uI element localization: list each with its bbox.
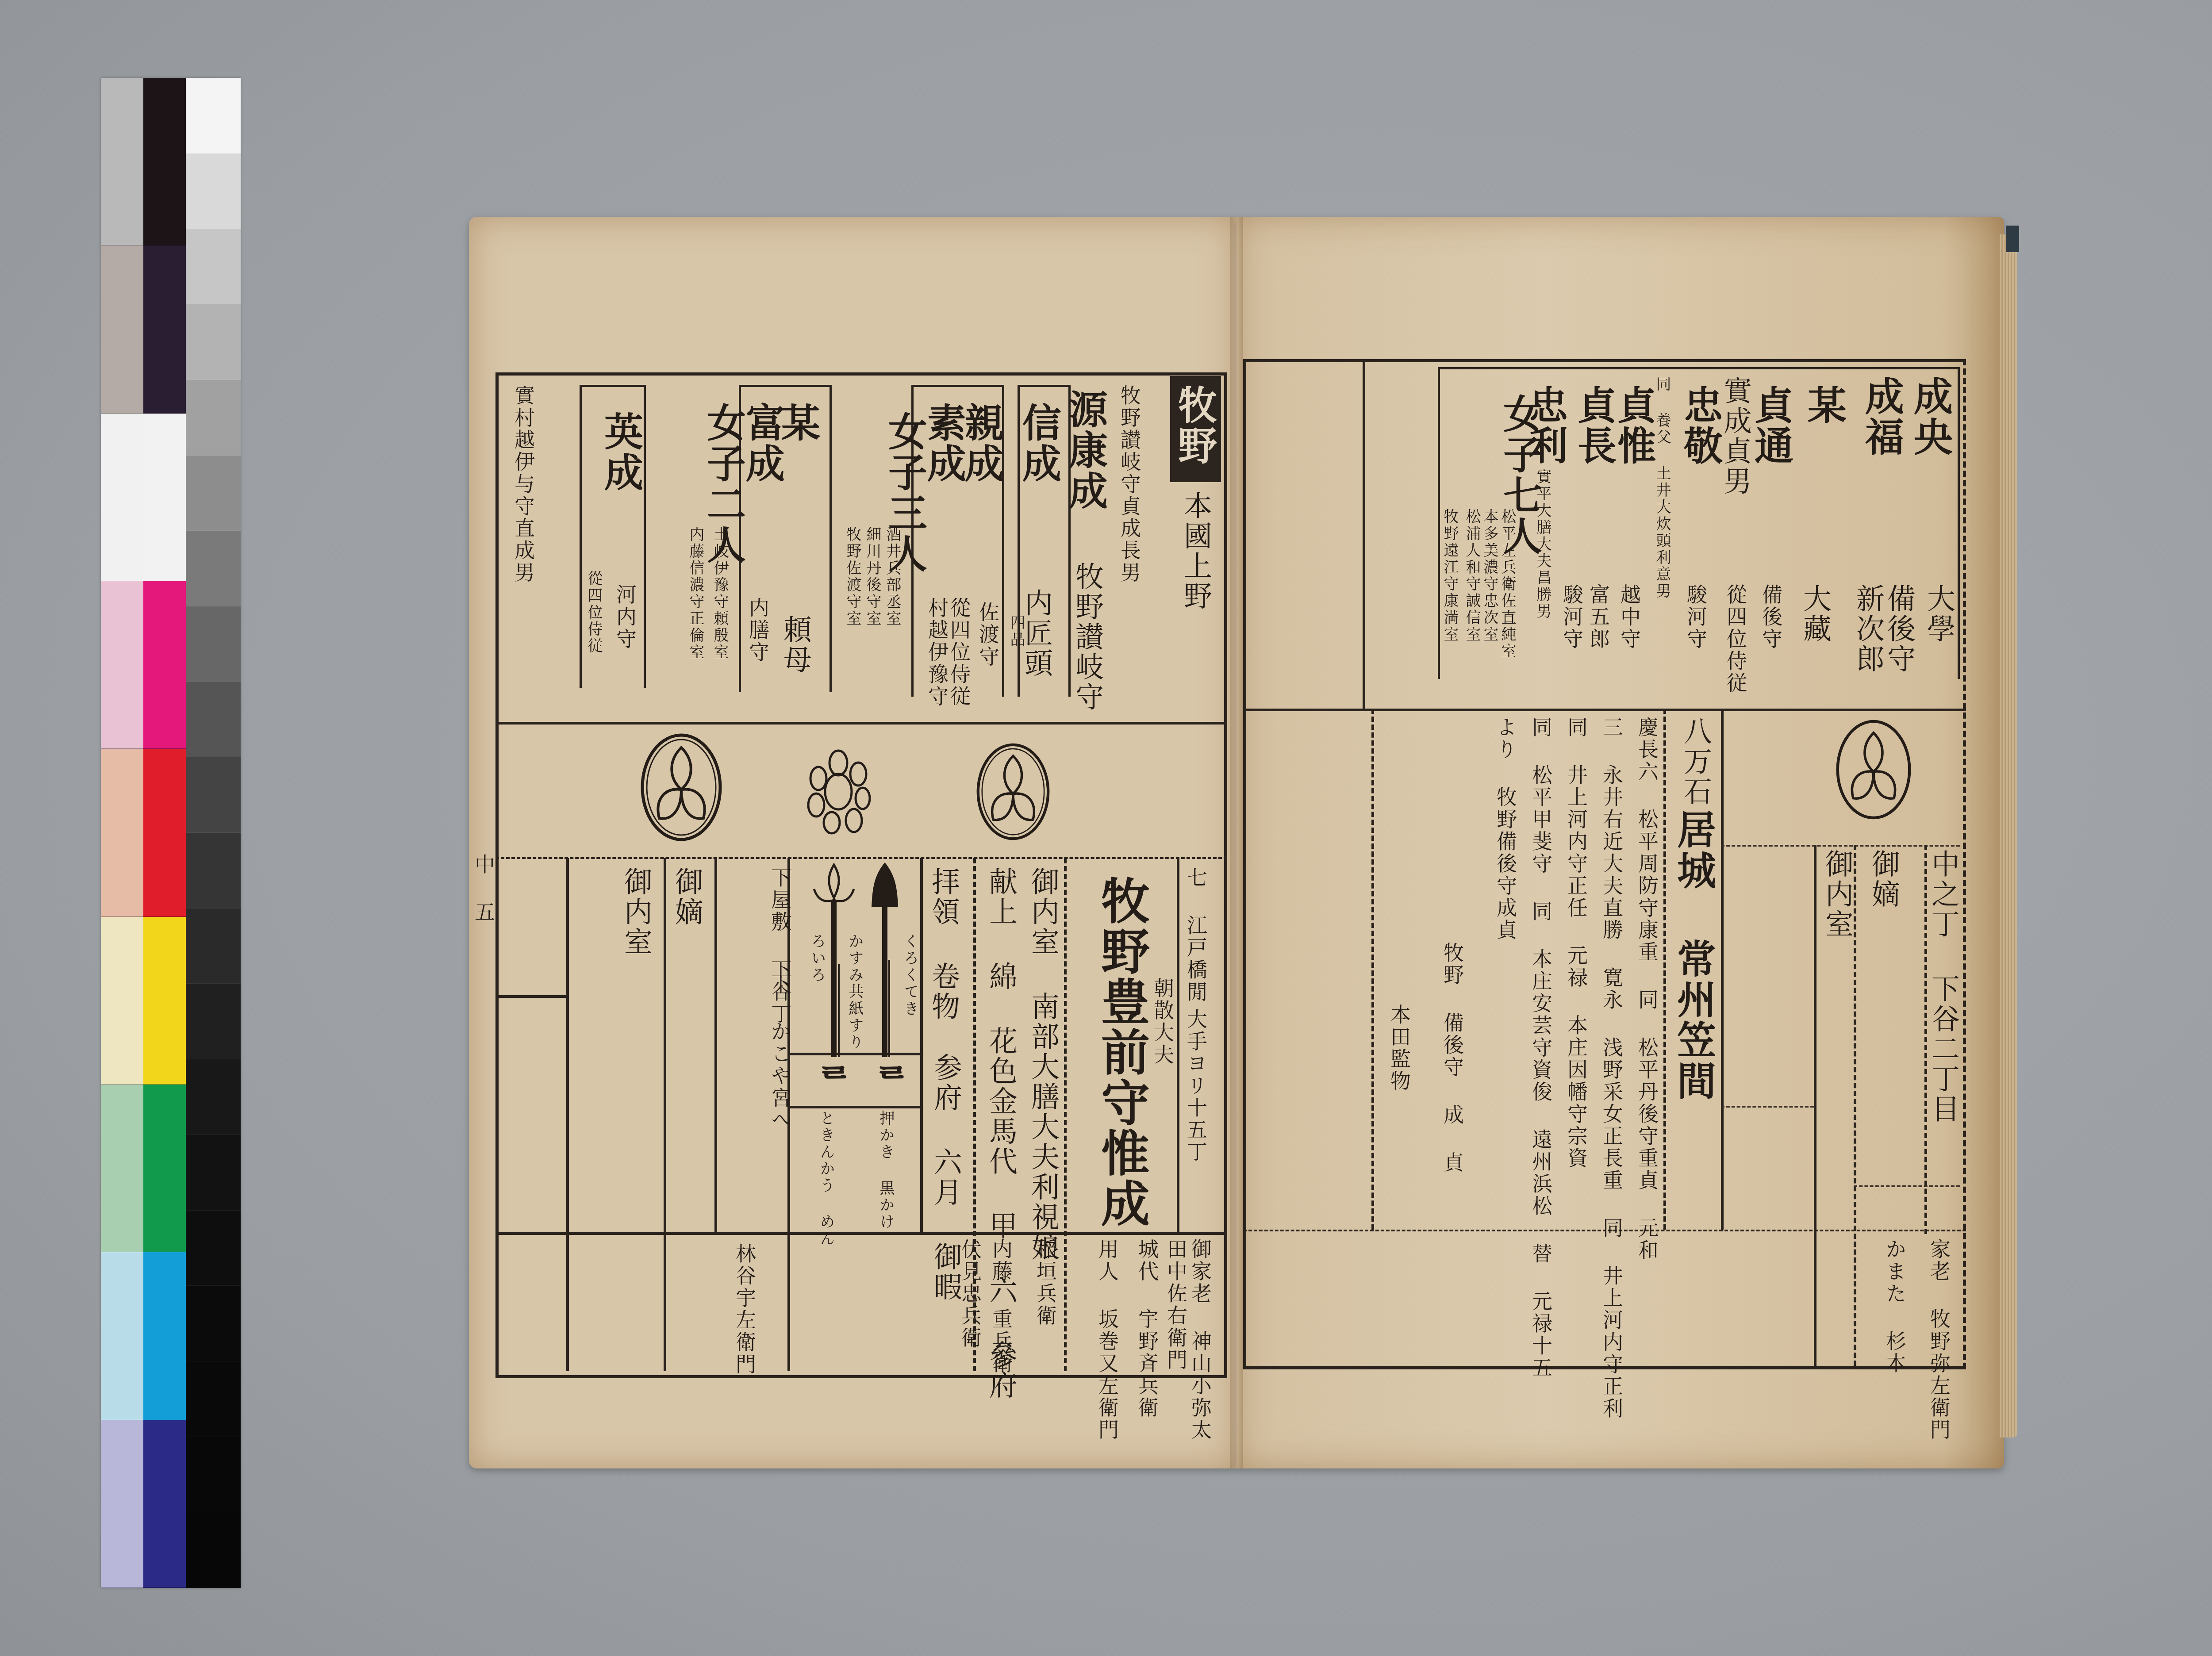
left-bottom-divider bbox=[495, 1232, 1227, 1235]
color-swatch bbox=[186, 757, 241, 833]
genealogy-title: 大學 bbox=[1924, 584, 1953, 644]
color-swatch bbox=[186, 456, 241, 531]
grid-line bbox=[1721, 709, 1724, 1230]
genealogy-title: 内匠頭 bbox=[1022, 588, 1050, 678]
genealogy-title: 河内守 bbox=[615, 584, 635, 650]
genealogy-note: 四品 bbox=[1009, 615, 1024, 648]
genealogy-title: 駿河守 bbox=[1562, 584, 1582, 650]
kuyo-crest-icon bbox=[805, 747, 872, 836]
retainer-entry: 城代 宇野斉兵衛 bbox=[1137, 1238, 1157, 1419]
home-province-label: 本國上野 bbox=[1181, 491, 1210, 611]
grid-line bbox=[1721, 845, 1960, 847]
lineage-note: 牧野讃岐守貞成長男 bbox=[1119, 385, 1140, 584]
color-calibration-chart bbox=[101, 78, 241, 1588]
mitsu-gashiwa-crest-icon bbox=[1832, 717, 1916, 823]
left-top-divider bbox=[495, 722, 1227, 724]
genealogy-name: 富成 bbox=[743, 402, 782, 484]
book-gutter bbox=[1230, 217, 1243, 1468]
mitsu-gashiwa-crest-icon bbox=[637, 730, 726, 845]
color-swatch bbox=[186, 78, 241, 153]
grid-line bbox=[1663, 709, 1666, 1230]
retainer-entry: 用人 坂巻又左衛門 bbox=[1097, 1238, 1118, 1441]
genealogy-note: 牧野佐渡守室 bbox=[845, 526, 860, 627]
genealogy-title: 大藏 bbox=[1801, 584, 1829, 644]
history-line: より 牧野備後守成貞 bbox=[1495, 717, 1516, 941]
genealogy-title: 牧野讃岐守 bbox=[1073, 562, 1101, 712]
clan-name-label: 牧野 bbox=[1175, 385, 1214, 466]
retainer-entry: 田中佐右衛門 bbox=[1166, 1238, 1186, 1371]
grayscale-swatch-column bbox=[186, 78, 241, 1588]
mitsu-gashiwa-crest-icon bbox=[973, 734, 1053, 849]
retainer-entry: 稲垣兵衛 bbox=[1035, 1238, 1056, 1327]
pastel-swatch-column bbox=[101, 78, 143, 1588]
seasonal-entry: 参府 六月 御暇 bbox=[931, 1053, 960, 1302]
heir-slot: 御嫡 bbox=[672, 867, 701, 927]
saturated-swatch-column bbox=[143, 78, 186, 1588]
color-swatch bbox=[186, 1512, 241, 1588]
grid-line bbox=[787, 1106, 920, 1108]
wife-slot: 御内室 bbox=[622, 867, 650, 957]
genealogy-title: 備後守 bbox=[1761, 584, 1781, 650]
genealogy-note: 新次郎 bbox=[1854, 584, 1882, 674]
genealogy-title: 駿河守 bbox=[1686, 584, 1706, 650]
color-swatch bbox=[143, 245, 186, 413]
genealogy-name: 女子三人 bbox=[849, 411, 925, 526]
color-swatch bbox=[186, 1059, 241, 1135]
box-label: 押かき 黒かけ bbox=[878, 1110, 893, 1230]
color-swatch bbox=[186, 380, 241, 456]
court-rank: 朝散大夫 bbox=[1152, 977, 1173, 1066]
genealogy-name: 忠敬 bbox=[1681, 385, 1720, 466]
grid-line bbox=[1814, 845, 1816, 1366]
color-swatch bbox=[101, 78, 143, 245]
color-swatch bbox=[101, 1420, 143, 1588]
genealogy-note: 從四位侍従 bbox=[586, 571, 601, 655]
retainer-entry: 本田監物 bbox=[1389, 1004, 1409, 1092]
grid-line bbox=[1721, 1106, 1814, 1108]
grid-line bbox=[920, 858, 923, 1232]
genealogy-name: 實村越伊与守直成男 bbox=[513, 385, 534, 584]
grid-line bbox=[1854, 845, 1856, 1366]
genealogy-note: 松浦人和守誠信室 bbox=[1464, 509, 1479, 643]
color-swatch bbox=[186, 1361, 241, 1437]
genealogy-title: 内膳守 bbox=[748, 597, 768, 663]
color-swatch bbox=[143, 414, 186, 581]
grid-line bbox=[1177, 858, 1179, 1232]
clan-name-tab: 牧野 bbox=[1170, 376, 1221, 482]
box-mark: ᄅ bbox=[812, 1064, 851, 1104]
color-swatch bbox=[143, 581, 186, 749]
grid-line bbox=[566, 858, 569, 1371]
grid-line bbox=[495, 995, 566, 998]
genealogy-note: 松平左兵衛佐直純室 bbox=[1500, 509, 1515, 660]
genealogy-note: 内藤信濃守正倫室 bbox=[688, 526, 703, 661]
open-book: 牧野 本國上野 牧野讃岐守貞成長男 源康成 牧野讃岐守 信成 内匠頭 四品 親成… bbox=[469, 217, 2004, 1468]
grid-line bbox=[1064, 858, 1067, 1371]
grid-line bbox=[1854, 1185, 1960, 1187]
color-swatch bbox=[101, 749, 143, 916]
color-swatch bbox=[186, 153, 241, 229]
spear-label: くろくてき bbox=[902, 933, 918, 1017]
spear-icon bbox=[867, 862, 902, 1057]
genealogy-note: 從四位侍従 bbox=[949, 597, 969, 708]
genealogy-name: 成央 bbox=[1911, 376, 1950, 457]
color-swatch bbox=[186, 1286, 241, 1361]
grid-line bbox=[1363, 359, 1365, 709]
color-swatch bbox=[186, 833, 241, 908]
wife-slot: 御内室 bbox=[1823, 849, 1851, 939]
genealogy-name: 貞長 bbox=[1575, 385, 1614, 466]
stipend-label: 八万石 bbox=[1681, 717, 1709, 807]
genealogy-name: 親成 bbox=[962, 402, 1001, 484]
retainer-entry: 林谷宇左衛門 bbox=[734, 1243, 755, 1376]
grid-line bbox=[714, 858, 717, 1232]
grid-line bbox=[1371, 709, 1374, 1230]
genealogy-title: 佐渡守 bbox=[978, 602, 998, 668]
left-crest-divider bbox=[495, 857, 1227, 859]
spear-label: ろいろ bbox=[810, 933, 825, 984]
color-swatch bbox=[101, 581, 143, 749]
genealogy-name: 英成 bbox=[602, 411, 641, 493]
distance-label: 大手ヨリ十五丁 bbox=[1186, 1008, 1206, 1163]
color-swatch bbox=[143, 78, 186, 245]
spear-label: かすみ共紙すり bbox=[847, 933, 862, 1051]
color-swatch bbox=[186, 1135, 241, 1211]
genealogy-title: 備後守 bbox=[1885, 584, 1913, 674]
genealogy-name: 實成貞男 bbox=[1721, 376, 1749, 496]
genealogy-note: 土岐伊豫守頼殷室 bbox=[712, 526, 727, 661]
residence-label: 中之丁 下谷二丁目 bbox=[1929, 849, 1957, 1124]
genealogy-name: 某 bbox=[1805, 385, 1844, 425]
received-entry: 拝領 卷物 bbox=[929, 867, 957, 1022]
box-mark: ᄅ bbox=[869, 1064, 908, 1104]
genealogy-note: 富五郎 bbox=[1588, 584, 1609, 650]
lord-name: 牧野豊前守惟成 bbox=[1097, 876, 1146, 1229]
color-swatch bbox=[186, 984, 241, 1059]
genealogy-note: 細川丹後守室 bbox=[865, 526, 880, 627]
color-swatch bbox=[186, 229, 241, 304]
page-margin-label: 中 五 bbox=[473, 854, 494, 924]
genealogy-title: 頼母 bbox=[781, 615, 809, 675]
successor-entry: 牧野 備後守 成 貞 bbox=[1442, 942, 1463, 1174]
color-swatch bbox=[186, 682, 241, 758]
history-line: 同 松平甲斐守 同 本庄安芸守資俊 遠州浜松 替 元禄十五 bbox=[1531, 717, 1551, 1379]
color-swatch bbox=[101, 1085, 143, 1252]
color-swatch bbox=[143, 1252, 186, 1420]
color-swatch bbox=[186, 1211, 241, 1286]
genealogy-title: 越中守 bbox=[1619, 584, 1640, 650]
genealogy-name: 女子二人 bbox=[677, 402, 743, 517]
box-label: ときんかう めん bbox=[818, 1110, 833, 1247]
genealogy-name: 素成 bbox=[925, 402, 964, 484]
genealogy-title: 村越伊豫守 bbox=[927, 597, 947, 708]
color-swatch bbox=[186, 1437, 241, 1513]
color-swatch bbox=[143, 1085, 186, 1252]
color-swatch bbox=[186, 606, 241, 682]
color-swatch bbox=[101, 1252, 143, 1420]
color-swatch bbox=[101, 414, 143, 581]
genealogy-note: 牧野遠江守康満室 bbox=[1442, 509, 1457, 643]
wife-entry: 御内室 南部大膳大夫利視娘 bbox=[1029, 867, 1057, 1262]
genealogy-name: 女子七人 bbox=[1482, 394, 1540, 509]
color-swatch bbox=[186, 531, 241, 606]
history-line: 同 井上河内守正任 元禄 本庄因幡守宗資 bbox=[1566, 717, 1586, 1169]
retainer-entry: 内藤 重兵衛 bbox=[991, 1238, 1011, 1375]
history-line: 三 永井右近大夫直勝 寛永 浅野采女正長重 同 井上河内守正利 bbox=[1601, 717, 1622, 1420]
genealogy-name: 信成 bbox=[1020, 402, 1059, 484]
retainer-entry: 伏見忠兵衛 bbox=[960, 1238, 980, 1349]
grid-line bbox=[664, 858, 666, 1371]
retainer-entry: 家老 牧野弥左衛門 bbox=[1929, 1238, 1949, 1441]
genealogy-name: 貞惟 bbox=[1615, 385, 1654, 466]
color-swatch bbox=[101, 917, 143, 1085]
history-line: 慶長六 松平周防守康重 同 松平丹後守重貞 元和 bbox=[1637, 717, 1657, 1261]
color-swatch bbox=[143, 1420, 186, 1588]
color-swatch bbox=[186, 908, 241, 984]
side-label: 下 かこや宮へ bbox=[770, 973, 790, 1131]
color-swatch bbox=[186, 304, 241, 380]
genealogy-note: 本多美濃守忠次室 bbox=[1482, 509, 1497, 643]
genealogy-title: 從四位侍従 bbox=[1725, 584, 1746, 694]
right-top-divider bbox=[1243, 709, 1966, 711]
residence-label: 七 江戸橋閒 bbox=[1186, 867, 1206, 1003]
page-edges bbox=[2000, 234, 2017, 1437]
color-swatch bbox=[143, 917, 186, 1085]
genealogy-name: 成福 bbox=[1863, 376, 1901, 457]
genealogy-name: 貞通 bbox=[1752, 385, 1791, 466]
cover-edge bbox=[2006, 226, 2019, 252]
color-swatch bbox=[143, 749, 186, 916]
genealogy-name: 源康成 bbox=[1066, 389, 1105, 511]
castle-label: 居城 常州笠間 bbox=[1674, 809, 1713, 1101]
heir-slot: 御嫡 bbox=[1869, 849, 1897, 909]
color-swatch bbox=[101, 245, 143, 413]
retainer-entry: 御家老 神山小弥太 bbox=[1190, 1238, 1210, 1441]
retainer-entry: かまた 杉本 bbox=[1885, 1238, 1905, 1375]
genealogy-note: 酒井兵部丞室 bbox=[885, 526, 900, 627]
